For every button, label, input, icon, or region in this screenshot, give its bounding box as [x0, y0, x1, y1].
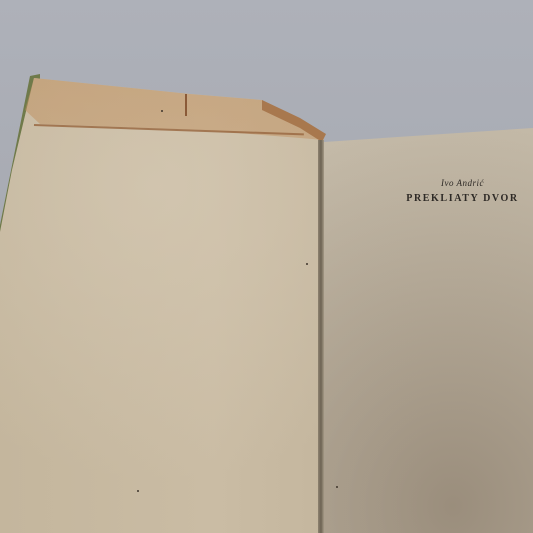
speck [336, 486, 338, 488]
speck [137, 490, 139, 492]
book-photo: Ivo Andrić PREKLIATY DVOR [0, 0, 533, 533]
author-name: Ivo Andrić [400, 178, 525, 188]
book-title: PREKLIATY DVOR [400, 193, 525, 204]
speck [306, 263, 308, 265]
speck [161, 110, 163, 112]
tear-mark [185, 94, 187, 116]
book-gutter [318, 140, 324, 533]
title-block: Ivo Andrić PREKLIATY DVOR [400, 178, 525, 204]
